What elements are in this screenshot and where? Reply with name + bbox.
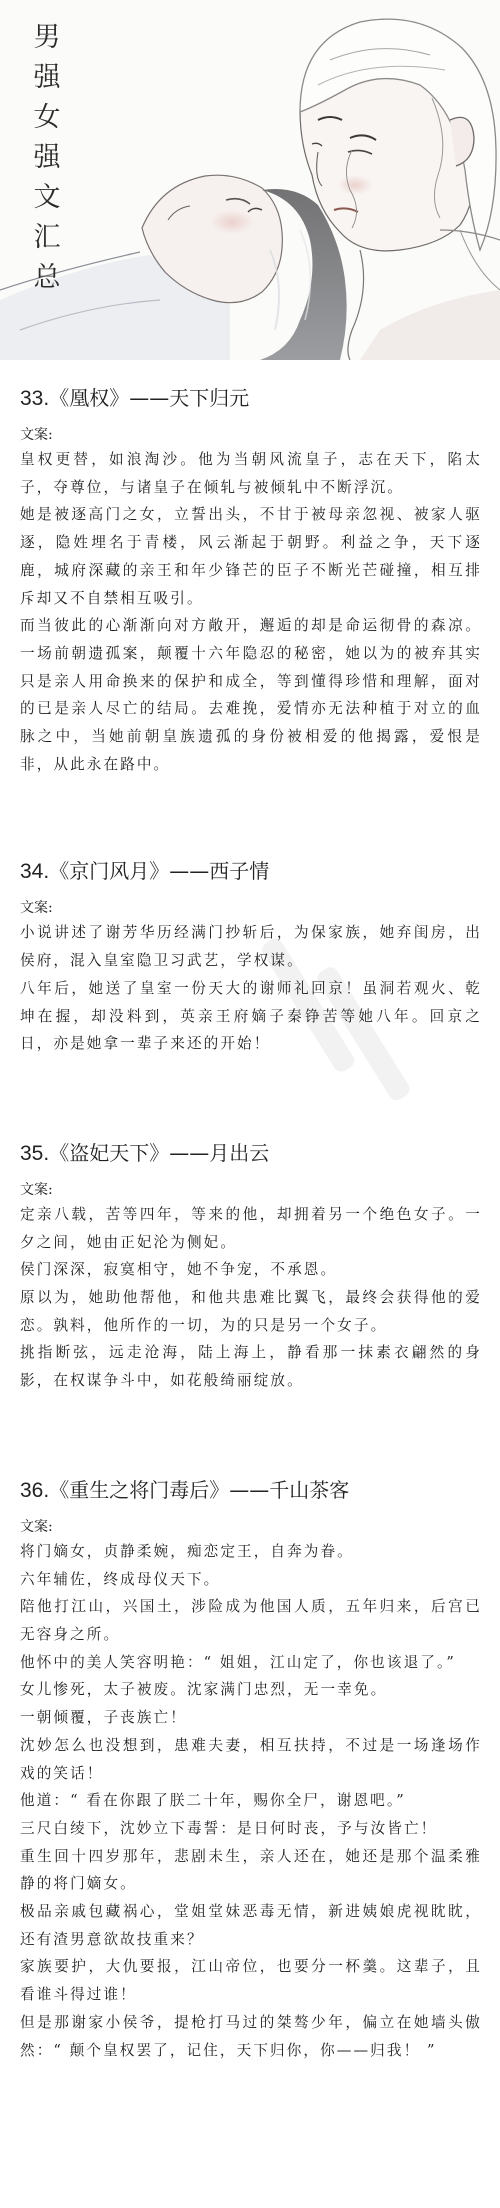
book-title: 《重生之将门毒后》 (49, 1478, 229, 1502)
synopsis-paragraph: 他怀中的美人笑容明艳：“ 姐姐，江山定了，你也该退了。” (20, 1649, 482, 1677)
header-title-char: 总 (30, 258, 64, 298)
synopsis-paragraph: 皇权更替，如浪淘沙。他为当朝风流皇子，志在天下，陷太子，夺尊位，与诸皇子在倾轧与… (20, 446, 482, 501)
header-title-char: 汇 (30, 218, 64, 258)
book-entry: 35.《盗妃天下》——月出云 文案: 定亲八载，苦等四年，等来的他，却拥着另一个… (20, 1138, 482, 1395)
book-heading: 36.《重生之将门毒后》——千山茶客 (20, 1475, 482, 1506)
header-illustration: 男 强 女 强 文 汇 总 (0, 0, 500, 360)
synopsis-label: 文案: (20, 1516, 482, 1538)
synopsis-paragraph: 将门嫡女，贞静柔婉，痴恋定王，自奔为眷。 (20, 1538, 482, 1566)
header-title-char: 强 (30, 58, 64, 98)
couple-illustration-icon (0, 0, 500, 360)
synopsis-label: 文案: (20, 424, 482, 446)
synopsis-paragraph: 八年后，她送了皇室一份天大的谢师礼回京！虽洞若观火、乾坤在握，却没料到，英亲王府… (20, 975, 482, 1058)
book-heading: 33.《凰权》——天下归元 (20, 383, 482, 414)
book-title: 《盗妃天下》 (49, 1141, 169, 1165)
synopsis-paragraph: 小说讲述了谢芳华历经满门抄斩后，为保家族，她弃闺房，出侯府，混入皇室隐卫习武艺，… (20, 919, 482, 974)
header-title-char: 强 (30, 138, 64, 178)
book-number: 33. (20, 387, 49, 410)
book-heading: 35.《盗妃天下》——月出云 (20, 1138, 482, 1169)
book-author: 天下归元 (169, 386, 249, 410)
synopsis-paragraph: 陪他打江山，兴国土，涉险成为他国人质，五年归来，后宫已无容身之所。 (20, 1593, 482, 1648)
book-entry: 33.《凰权》——天下归元 文案: 皇权更替，如浪淘沙。他为当朝风流皇子，志在天… (20, 383, 482, 778)
synopsis-paragraph: 他道：“ 看在你跟了朕二十年，赐你全尸，谢恩吧。” (20, 1787, 482, 1815)
synopsis-paragraph: 原以为，她助他帮他，和他共患难比翼飞，最终会获得他的爱恋。孰料，他所作的一切，为… (20, 1284, 482, 1339)
synopsis-paragraph: 重生回十四岁那年，悲剧未生，亲人还在，她还是那个温柔雅静的将门嫡女。 (20, 1843, 482, 1898)
synopsis-paragraph: 六年辅佐，终成母仪天下。 (20, 1566, 482, 1594)
header-title-char: 女 (30, 98, 64, 138)
synopsis-paragraph: 三尺白绫下，沈妙立下毒誓：是日何时丧，予与汝皆亡！ (20, 1815, 482, 1843)
synopsis-paragraph: 而当彼此的心渐渐向对方敞开，邂逅的却是命运彻骨的森凉。一场前朝遗孤案，颠覆十六年… (20, 612, 482, 778)
header-title: 男 强 女 强 文 汇 总 (30, 18, 64, 298)
synopsis-paragraph: 沈妙怎么也没想到，患难夫妻，相互扶持，不过是一场逢场作戏的笑话！ (20, 1732, 482, 1787)
header-title-char: 男 (30, 18, 64, 58)
book-entry: 36.《重生之将门毒后》——千山茶客 文案: 将门嫡女，贞静柔婉，痴恋定王，自奔… (20, 1475, 482, 2064)
synopsis-paragraph: 侯门深深，寂寞相守，她不争宠，不承恩。 (20, 1256, 482, 1284)
title-dash: —— (229, 1478, 269, 1502)
header-title-char: 文 (30, 178, 64, 218)
synopsis-label: 文案: (20, 897, 482, 919)
book-author: 西子情 (209, 859, 269, 883)
book-heading: 34.《京门风月》——西子情 (20, 856, 482, 887)
title-dash: —— (129, 386, 169, 410)
book-author: 千山茶客 (269, 1478, 349, 1502)
synopsis-paragraph: 她是被逐高门之女，立誓出头，不甘于被母亲忽视、被家人驱逐，隐姓埋名于青楼，风云渐… (20, 501, 482, 612)
book-entry: 34.《京门风月》——西子情 文案: 小说讲述了谢芳华历经满门抄斩后，为保家族，… (20, 856, 482, 1058)
synopsis-paragraph: 女儿惨死，太子被废。沈家满门忠烈，无一幸免。 (20, 1676, 482, 1704)
synopsis-paragraph: 极品亲戚包藏祸心，堂姐堂妹恶毒无情，新进姨娘虎视眈眈，还有渣男意欲故技重来？ (20, 1898, 482, 1953)
book-title: 《京门风月》 (49, 859, 169, 883)
synopsis-paragraph: 挑指断弦，远走沧海，陆上海上，静看那一抹素衣翩然的身影，在权谋争斗中，如花般绮丽… (20, 1339, 482, 1394)
article-body: 33.《凰权》——天下归元 文案: 皇权更替，如浪淘沙。他为当朝风流皇子，志在天… (20, 360, 482, 2064)
book-number: 36. (20, 1479, 49, 1502)
book-number: 35. (20, 1142, 49, 1165)
title-dash: —— (169, 859, 209, 883)
book-title: 《凰权》 (49, 386, 129, 410)
book-author: 月出云 (209, 1141, 269, 1165)
title-dash: —— (169, 1141, 209, 1165)
book-number: 34. (20, 860, 49, 883)
synopsis-paragraph: 但是那谢家小侯爷，提枪打马过的桀骜少年，偏立在她墙头傲然：“ 颠个皇权罢了，记住… (20, 2009, 482, 2064)
synopsis-paragraph: 家族要护，大仇要报，江山帝位，也要分一杯羹。这辈子，且看谁斗得过谁！ (20, 1953, 482, 2008)
synopsis-paragraph: 一朝倾覆，子丧族亡！ (20, 1704, 482, 1732)
synopsis-label: 文案: (20, 1179, 482, 1201)
synopsis-paragraph: 定亲八载，苦等四年，等来的他，却拥着另一个绝色女子。一夕之间，她由正妃沦为侧妃。 (20, 1201, 482, 1256)
